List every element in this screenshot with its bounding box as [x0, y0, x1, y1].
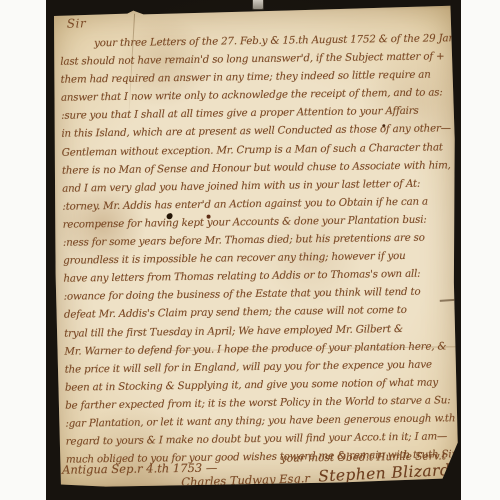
- photo-dark-background: Sir your three Letters of the 27. Feb.y …: [46, 0, 461, 500]
- signature-flourish: [384, 478, 443, 496]
- hanging-clip: [252, 0, 264, 10]
- letter-body: your three Letters of the 27. Feb.y & 15…: [60, 29, 455, 469]
- letter-paper: Sir your three Letters of the 27. Feb.y …: [51, 5, 461, 489]
- addressee: Charles Tudway Esq.r: [181, 471, 310, 489]
- salutation: Sir: [67, 16, 86, 30]
